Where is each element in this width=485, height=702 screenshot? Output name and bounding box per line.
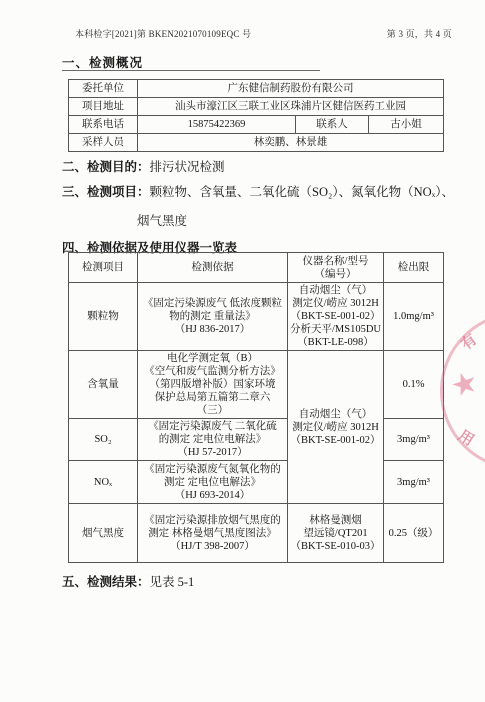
basis-cell: 《固定污染源废气 二氧化硫 的测定 定电位电解法》 （HJ 57-2017）: [138, 419, 288, 461]
col-header-limit: 检出限: [384, 253, 444, 283]
table-row-oxygen: 含氧量 电化学测定氧（B） 《空气和废气监测分析方法》 （第四版增补版）国家环境…: [69, 351, 444, 419]
item-cell: 颗粒物: [69, 283, 138, 351]
limit-cell: 3mg/m³: [384, 419, 444, 461]
limit-cell: 3mg/m³: [384, 461, 444, 504]
phone-value: 15875422369: [138, 116, 296, 134]
address-label: 项目地址: [69, 98, 138, 116]
seal-character-top: 有: [456, 329, 481, 355]
instrument-table: 检测项目 检测依据 仪器名称/型号 （编号） 检出限 颗粒物 《固定污染源废气 …: [68, 252, 444, 563]
basis-cell: 《固定污染源废气氮氧化物的 测定 定电位电解法》 （HJ 693-2014）: [138, 461, 288, 504]
limit-cell: 1.0mg/m³: [384, 283, 444, 351]
seal-character-bottom: 用: [455, 425, 479, 451]
report-page: 本科检字[2021]第 BKEN2021070109EQC 号 第 3 页，共 …: [0, 0, 485, 702]
contact-label: 联系人: [296, 116, 369, 134]
table-row-nox: NOₓ 《固定污染源废气氮氧化物的 测定 定电位电解法》 （HJ 693-201…: [69, 461, 444, 504]
col-header-basis: 检测依据: [138, 253, 288, 283]
item-cell: SO₂: [69, 419, 138, 461]
star-icon: ★: [446, 364, 482, 406]
contact-value: 古小姐: [369, 116, 444, 134]
phone-label: 联系电话: [69, 116, 138, 134]
section-title-underline: [62, 70, 320, 71]
section-purpose: 二、检测目的：排污状况检测: [62, 157, 225, 175]
section-results: 五、检测结果：见表 5-1: [62, 572, 194, 590]
basis-cell: 《固定污染源废气 低浓度颗粒 物的测定 重量法》 （HJ 836-2017）: [138, 283, 288, 351]
document-header: 本科检字[2021]第 BKEN2021070109EQC 号 第 3 页，共 …: [75, 27, 452, 40]
col-header-instrument: 仪器名称/型号 （编号）: [288, 253, 384, 283]
table-row-particulate: 颗粒物 《固定污染源废气 低浓度颗粒 物的测定 重量法》 （HJ 836-201…: [69, 283, 444, 351]
limit-cell: 0.1%: [384, 351, 444, 419]
col-header-item: 检测项目: [69, 253, 138, 283]
doc-number: 本科检字[2021]第 BKEN2021070109EQC 号: [75, 27, 251, 40]
client-value: 广东健信制药股份有限公司: [138, 80, 444, 98]
page-indicator: 第 3 页，共 4 页: [387, 27, 452, 40]
item-cell: 烟气黑度: [69, 504, 138, 563]
results-label: 五、检测结果：: [62, 575, 150, 589]
address-value: 汕头市濠江区三联工业区珠浦片区健信医药工业园: [138, 98, 444, 116]
results-value: 见表 5-1: [150, 575, 195, 589]
purpose-value: 排污状况检测: [150, 160, 225, 174]
items-line1: 颗粒物、含氧量、二氧化硫（SO₂）、氮氧化物（NOₓ）、: [150, 185, 455, 199]
section-items: 三、检测项目：颗粒物、含氧量、二氧化硫（SO₂）、氮氧化物（NOₓ）、: [62, 182, 454, 200]
instrument-cell-merged: 自动烟尘（气） 测定仪/崂应 3012H （BKT-SE-001-02）: [288, 351, 384, 504]
basis-cell: 《固定污染源排放烟气黑度的 测定 林格曼烟气黑度图法》 （HJ/T 398-20…: [138, 504, 288, 563]
limit-cell: 0.25（级）: [384, 504, 444, 563]
items-label: 三、检测项目：: [62, 185, 150, 199]
table-row: 采样人员 林奕鹏、林景雄: [69, 134, 444, 152]
overview-table: 委托单位 广东健信制药股份有限公司 项目地址 汕头市濠江区三联工业区珠浦片区健信…: [68, 79, 444, 152]
company-seal-stamp: 有 ★ 用: [440, 312, 485, 470]
basis-cell: 电化学测定氧（B） 《空气和废气监测分析方法》 （第四版增补版）国家环境 保护总…: [138, 351, 288, 419]
instrument-cell: 林格曼测烟 望远镜/QT201 （BKT-SE-010-03）: [288, 504, 384, 563]
item-cell: 含氧量: [69, 351, 138, 419]
table-row-so2: SO₂ 《固定污染源废气 二氧化硫 的测定 定电位电解法》 （HJ 57-201…: [69, 419, 444, 461]
table-header-row: 检测项目 检测依据 仪器名称/型号 （编号） 检出限: [69, 253, 444, 283]
table-row: 联系电话 15875422369 联系人 古小姐: [69, 116, 444, 134]
table-row-smoke-blackness: 烟气黑度 《固定污染源排放烟气黑度的 测定 林格曼烟气黑度图法》 （HJ/T 3…: [69, 504, 444, 563]
purpose-label: 二、检测目的：: [62, 160, 150, 174]
items-line2: 烟气黑度: [137, 211, 187, 229]
table-row: 委托单位 广东健信制药股份有限公司: [69, 80, 444, 98]
instrument-cell: 自动烟尘（气） 测定仪/崂应 3012H （BKT-SE-001-02） 分析天…: [288, 283, 384, 351]
item-cell: NOₓ: [69, 461, 138, 504]
section-overview-title: 一、检测概况: [62, 53, 143, 71]
sampler-value: 林奕鹏、林景雄: [138, 134, 444, 152]
client-label: 委托单位: [69, 80, 138, 98]
sampler-label: 采样人员: [69, 134, 138, 152]
table-row: 项目地址 汕头市濠江区三联工业区珠浦片区健信医药工业园: [69, 98, 444, 116]
